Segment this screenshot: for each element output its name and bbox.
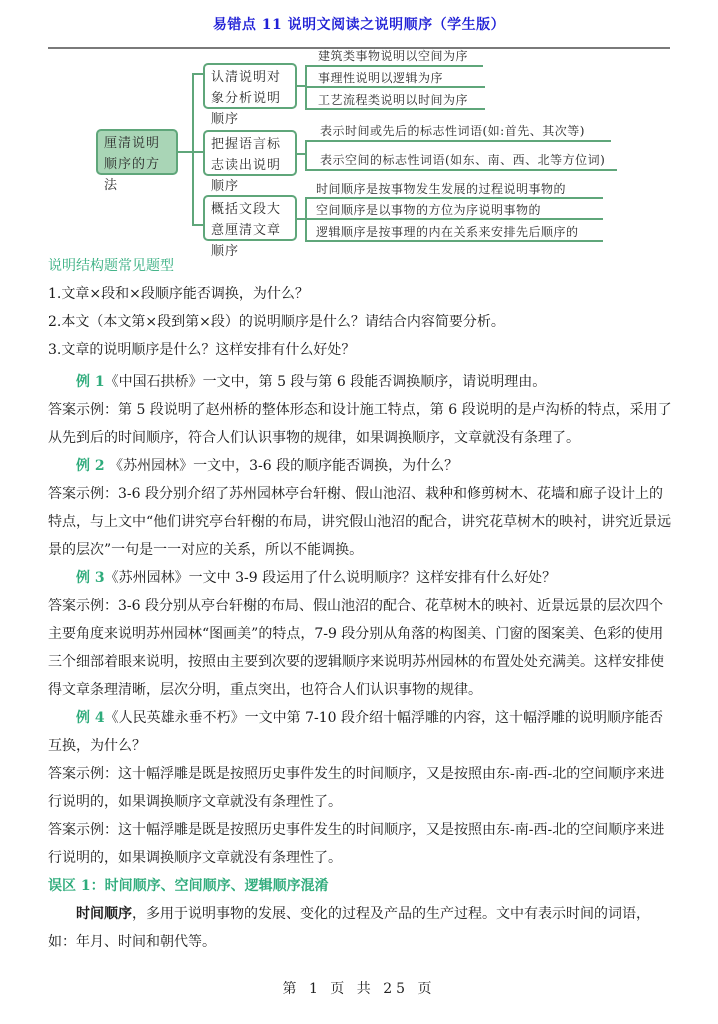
branch-label: 概括文段大意厘清文章顺序 <box>211 202 281 259</box>
example-answer: 答案示例：这十幅浮雕是既是按照历史事件发生的时间顺序，又是按照由东-南-西-北的… <box>48 760 672 816</box>
example-answer: 答案示例：这十幅浮雕是既是按照历史事件发生的时间顺序，又是按照由东-南-西-北的… <box>48 816 672 872</box>
example-question: 例 4《人民英雄永垂不朽》一文中第 7-10 段介绍十幅浮雕的内容，这十幅浮雕的… <box>48 704 672 760</box>
root-label: 厘清说明顺序的方法 <box>104 136 160 193</box>
connector <box>305 218 603 220</box>
mind-map-branch: 概括文段大意厘清文章顺序 <box>203 195 297 241</box>
example-question-text: 《苏州园林》一文中 3-9 段运用了什么说明顺序？这样安排有什么好处？ <box>105 570 556 586</box>
question-type-item: 3.文章的说明顺序是什么？这样安排有什么好处？ <box>48 336 672 364</box>
mind-map-leaf: 事理性说明以逻辑为序 <box>318 69 443 86</box>
example-question-text: 《苏州园林》一文中，3-6 段的顺序能否调换，为什么？ <box>105 458 458 474</box>
example-question: 例 1《中国石拱桥》一文中，第 5 段与第 6 段能否调换顺序，请说明理由。 <box>48 368 672 396</box>
page-number: 第 1 页 共 25 页 <box>0 978 718 998</box>
mind-map-branch: 认清说明对象分析说明顺序 <box>203 63 297 109</box>
section-heading: 说明结构题常见题型 <box>48 252 672 280</box>
connector <box>305 140 611 142</box>
example-label: 例 1 <box>76 374 105 390</box>
question-type-item: 2.本文（本文第×段到第×段）的说明顺序是什么？请结合内容简要分析。 <box>48 308 672 336</box>
mistake-paragraph: 时间顺序，多用于说明事物的发展、变化的过程及产品的生产过程。文中有表示时间的词语… <box>48 900 672 956</box>
mind-map-leaf: 时间顺序是按事物发生发展的过程说明事物的 <box>316 180 566 197</box>
connector <box>305 65 483 67</box>
example-question: 例 2 《苏州园林》一文中，3-6 段的顺序能否调换，为什么？ <box>48 452 672 480</box>
document-body: 说明结构题常见题型 1.文章×段和×段顺序能否调换，为什么？ 2.本文（本文第×… <box>48 252 672 956</box>
mind-map-root: 厘清说明顺序的方法 <box>96 129 178 175</box>
mind-map-leaf: 表示时间或先后的标志性词语(如:首先、其次等) <box>320 122 585 139</box>
example-label: 例 4 <box>76 710 105 726</box>
connector <box>305 240 603 242</box>
mind-map-leaf: 工艺流程类说明以时间为序 <box>318 91 468 108</box>
connector <box>305 169 617 171</box>
connector <box>192 73 194 225</box>
connector <box>305 140 307 170</box>
connector <box>305 197 603 199</box>
example-question-text: 《人民英雄永垂不朽》一文中第 7-10 段介绍十幅浮雕的内容，这十幅浮雕的说明顺… <box>48 710 663 754</box>
mistake-heading: 误区 1：时间顺序、空间顺序、逻辑顺序混淆 <box>48 872 672 900</box>
mistake-text: ，多用于说明事物的发展、变化的过程及产品的生产过程。文中有表示时间的词语，如：年… <box>48 906 650 950</box>
mind-map-leaf: 空间顺序是以事物的方位为序说明事物的 <box>316 201 541 218</box>
question-type-item: 1.文章×段和×段顺序能否调换，为什么？ <box>48 280 672 308</box>
branch-label: 把握语言标志读出说明顺序 <box>211 137 281 194</box>
mind-map-leaf: 表示空间的标志性词语(如东、南、西、北等方位词) <box>320 151 605 168</box>
example-label: 例 3 <box>76 570 105 586</box>
connector <box>305 86 485 88</box>
mind-map-leaf: 建筑类事物说明以空间为序 <box>318 47 468 64</box>
branch-label: 认清说明对象分析说明顺序 <box>211 70 281 127</box>
connector <box>305 108 485 110</box>
term-bold: 时间顺序 <box>76 906 132 922</box>
mind-map-diagram: 厘清说明顺序的方法 认清说明对象分析说明顺序 建筑类事物说明以空间为序 事理性说… <box>0 0 718 250</box>
example-answer: 答案示例：第 5 段说明了赵州桥的整体形态和设计施工特点，第 6 段说明的是卢沟… <box>48 396 672 452</box>
example-question: 例 3《苏州园林》一文中 3-9 段运用了什么说明顺序？这样安排有什么好处？ <box>48 564 672 592</box>
mind-map-leaf: 逻辑顺序是按事理的内在关系来安排先后顺序的 <box>316 223 579 240</box>
example-question-text: 《中国石拱桥》一文中，第 5 段与第 6 段能否调换顺序，请说明理由。 <box>105 374 547 390</box>
example-answer: 答案示例：3-6 段分别介绍了苏州园林亭台轩榭、假山池沼、栽种和修剪树木、花墙和… <box>48 480 672 564</box>
mind-map-branch: 把握语言标志读出说明顺序 <box>203 130 297 176</box>
example-answer: 答案示例：3-6 段分别从亭台轩榭的布局、假山池沼的配合、花草树木的映衬、近景远… <box>48 592 672 704</box>
example-label: 例 2 <box>76 458 105 474</box>
